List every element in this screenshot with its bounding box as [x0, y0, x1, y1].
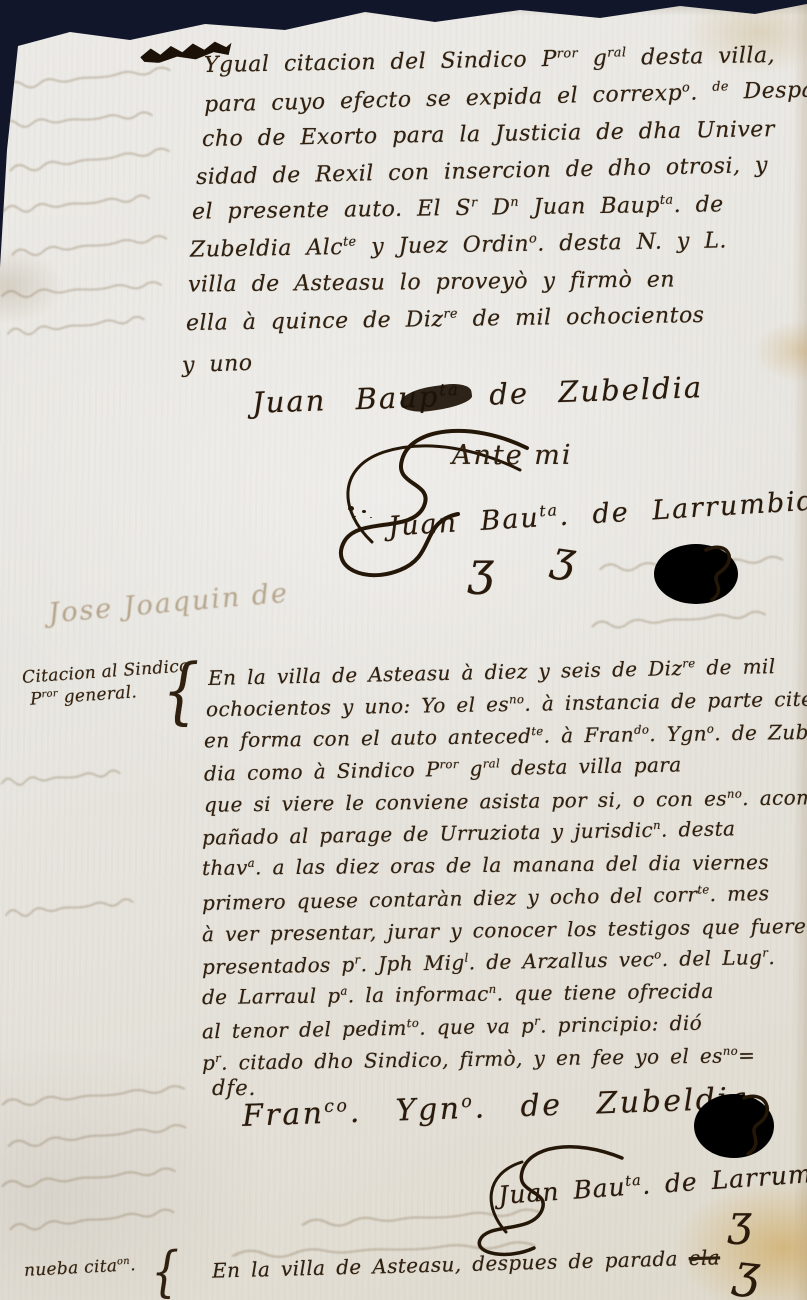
manuscript-scan: Jose Joaquin de Ygual citacion del Sindi…	[0, 0, 807, 1300]
manuscript-line: villa de Asteasu lo proveyò y firmò en	[188, 267, 675, 297]
manuscript-line: En la villa de Asteasu à diez y seis de …	[208, 654, 776, 690]
bleedthrough-squiggle	[6, 1118, 201, 1152]
manuscript-line: de Larraul pa. la informacn. que tiene o…	[202, 979, 714, 1009]
manuscript-line: ella à quince de Dizre de mil ochociento…	[186, 303, 705, 336]
rubric-squiggle: ʒ	[732, 1247, 763, 1295]
manuscript-line: cho de Exorto para la Justicia de dha Un…	[202, 117, 775, 152]
manuscript-line: Ygual citacion del Sindico Pror gral des…	[204, 43, 775, 78]
bleedthrough-squiggle	[6, 310, 157, 340]
manuscript-line: ochocientos y uno: Yo el esno. à instanc…	[206, 687, 807, 722]
doy-fe-abbreviation: dfe.	[212, 1076, 256, 1100]
manuscript-line: presentados pr. Jph Migl. de Arzallus ve…	[202, 945, 775, 979]
manuscript-line: que si viere le conviene asista por si, …	[204, 785, 807, 816]
manuscript-line: para cuyo efecto se expida el correxpo. …	[204, 78, 807, 118]
margin-note-citacion: Pror general.	[29, 682, 137, 709]
bleedthrough-signature: Jose Joaquin de	[47, 578, 290, 630]
margin-brace: {	[163, 648, 200, 732]
margin-note-nueva-citacion: nueba citaon.	[24, 1255, 137, 1281]
signature-zubeldia: Juan Baupta de Zubeldia	[252, 370, 704, 420]
manuscript-line: primero quese contaràn diez y ocho del c…	[202, 881, 770, 915]
manuscript-line: dia como à Sindico Pror gral desta villa…	[204, 752, 682, 785]
manuscript-line: Zubeldia Alcte y Juez Ordino. desta N. y…	[190, 228, 727, 262]
struck-word: ela	[688, 1245, 720, 1270]
manuscript-line: à ver presentar, jurar y conocer los tes…	[202, 914, 807, 947]
bleedthrough-squiggle	[2, 189, 163, 217]
ante-mi-label: Ante mi	[452, 440, 573, 471]
manuscript-line: thava. a las diez oras de la manana del …	[202, 850, 769, 880]
bleedthrough-squiggle	[4, 61, 184, 94]
rubric-squiggle: ʒ	[549, 535, 578, 580]
bleedthrough-squiggle	[0, 764, 130, 789]
ink-specks	[348, 506, 354, 511]
signature-zubeldia-sindico: Franco. Ygno. de Zubeldia	[242, 1081, 751, 1134]
rubric-squiggle: ʒ	[728, 1200, 752, 1242]
bleedthrough-squiggle	[8, 1203, 188, 1236]
margin-brace: {	[151, 1240, 178, 1300]
manuscript-line: el presente auto. El Sr Dn Juan Baupta. …	[192, 192, 724, 224]
manuscript-line: pañado al parage de Urruziota y jurisdic…	[202, 816, 736, 849]
rubric-paraph	[688, 1082, 783, 1170]
manuscript-line: al tenor del pedimto. que va pr. princip…	[202, 1011, 702, 1044]
bleedthrough-squiggle	[0, 1079, 200, 1110]
bleedthrough-squiggle	[4, 893, 145, 922]
paper-sheet: Jose Joaquin de Ygual citacion del Sindi…	[0, 0, 807, 1300]
manuscript-line: y uno	[182, 351, 253, 378]
bleedthrough-squiggle	[0, 1162, 190, 1193]
bleedthrough-squiggle	[0, 276, 175, 302]
bleedthrough-squiggle	[10, 229, 181, 261]
rubric-paraph	[648, 534, 748, 614]
manuscript-line: pr. citado dho Sindico, firmò, y en fee …	[202, 1043, 756, 1075]
rubric-squiggle: ʒ	[468, 545, 494, 591]
manuscript-line: en forma con el auto antecedte. à Frando…	[204, 720, 807, 753]
bleedthrough-squiggle	[0, 106, 165, 131]
manuscript-line: sidad de Rexil con insercion de dho otro…	[196, 153, 768, 190]
bleedthrough-squiggle	[8, 141, 183, 176]
